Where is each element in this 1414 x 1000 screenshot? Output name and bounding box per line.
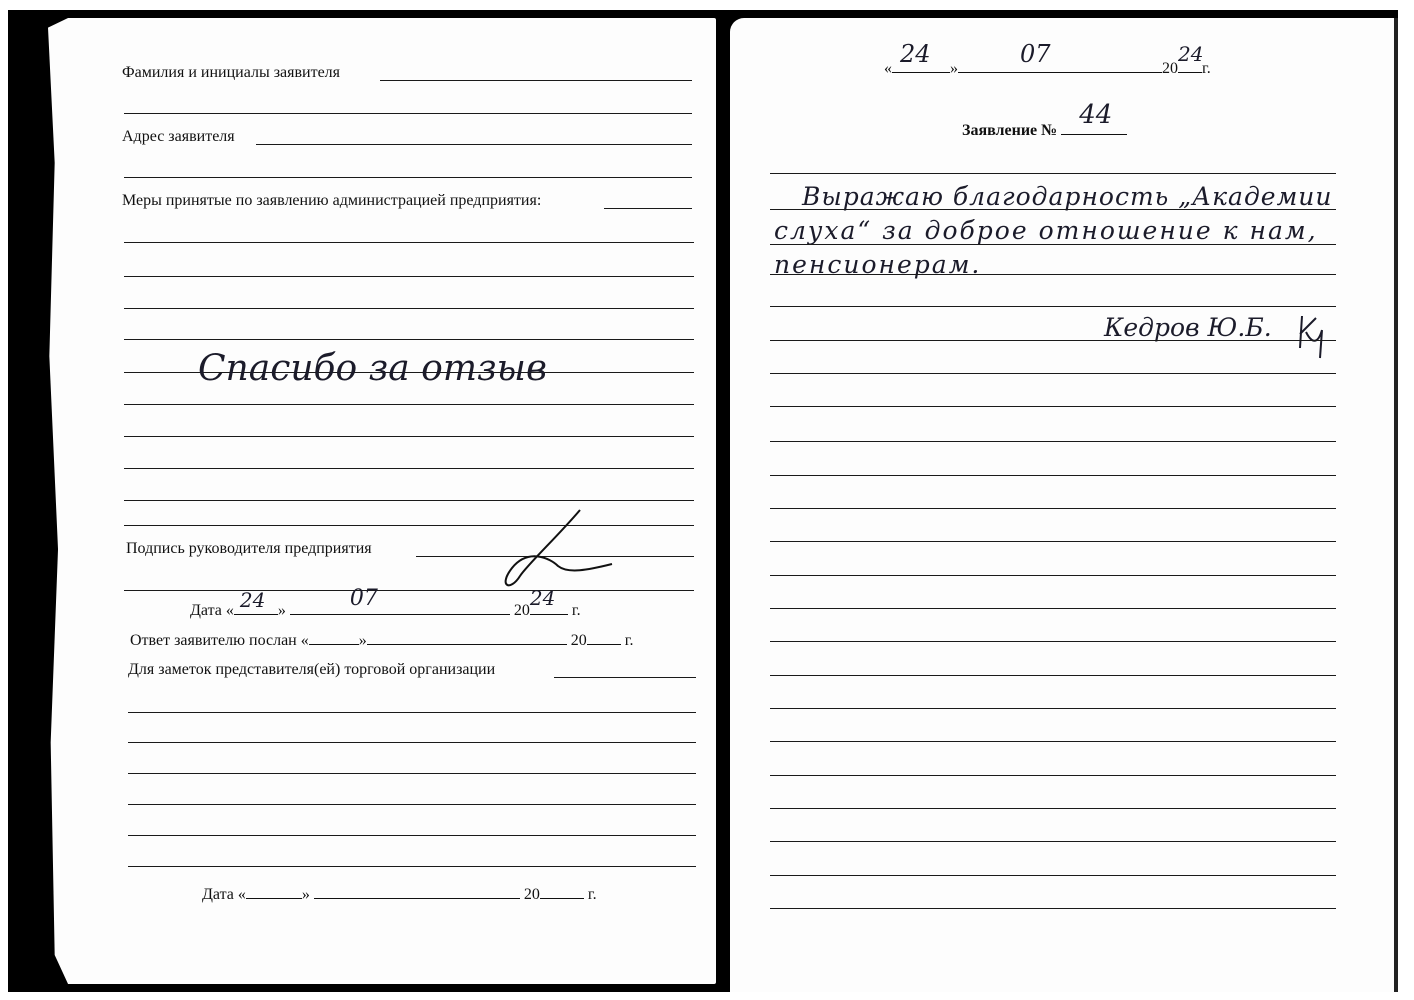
- statement-year-prefix: 20: [1162, 60, 1178, 77]
- ruled-line: [124, 276, 694, 277]
- reply-month-field[interactable]: [367, 630, 567, 645]
- notes-label: Для заметок представителя(ей) торговой о…: [128, 661, 495, 679]
- reply-sent-label: Ответ заявителю послан «: [130, 632, 309, 649]
- footer-date-row: Дата «» 20 г.: [202, 884, 597, 904]
- author-signature: [1296, 310, 1336, 360]
- applicant-address-field-line2[interactable]: [124, 177, 692, 178]
- notes-field[interactable]: [554, 677, 696, 678]
- measures-label: Меры принятые по заявлению администрацие…: [122, 192, 541, 210]
- statement-date-open-quote: «: [884, 60, 892, 77]
- date-year-suffix: г.: [572, 602, 581, 619]
- applicant-name-label: Фамилия и инициалы заявителя: [122, 64, 340, 82]
- ruled-line: [770, 608, 1336, 609]
- statement-date-row: «24»072024г.: [884, 58, 1211, 78]
- ruled-line: [124, 308, 694, 309]
- ruled-line: [124, 468, 694, 469]
- date-day-value: 24: [240, 588, 265, 612]
- reply-close-quote: »: [359, 632, 367, 649]
- ruled-line: [770, 908, 1336, 909]
- date-day-field[interactable]: 24: [234, 600, 278, 615]
- footer-year-suffix: г.: [588, 886, 597, 903]
- applicant-name-field[interactable]: [380, 80, 692, 81]
- footer-date-label: Дата «: [202, 886, 246, 903]
- scan-margin-right: [1398, 10, 1414, 1000]
- footer-year-prefix: 20: [524, 886, 540, 903]
- ruled-line: [128, 835, 696, 836]
- ruled-line: [770, 373, 1336, 374]
- ruled-line: [124, 242, 694, 243]
- reply-day-field[interactable]: [309, 630, 359, 645]
- signature-label: Подпись руководителя предприятия: [126, 540, 372, 558]
- ruled-line: [770, 841, 1336, 842]
- statement-label: Заявление №: [962, 122, 1057, 139]
- ruled-line: [770, 708, 1336, 709]
- statement-body-line-1: Выражаю благодарность „Академии: [802, 182, 1333, 211]
- ruled-line: [128, 773, 696, 774]
- measures-field[interactable]: [604, 208, 692, 209]
- right-page: «24»072024г. Заявление № 44 Выражаю благ…: [730, 18, 1398, 992]
- reply-year-suffix: г.: [625, 632, 634, 649]
- ruled-line: [124, 590, 694, 591]
- date-year-prefix: 20: [514, 602, 530, 619]
- date-label: Дата «: [190, 602, 234, 619]
- ruled-line: [770, 173, 1336, 174]
- statement-month-field[interactable]: 07: [958, 58, 1162, 73]
- ruled-line: [770, 406, 1336, 407]
- statement-number-value: 44: [1079, 100, 1112, 130]
- reply-sent-row: Ответ заявителю послан «» 20 г.: [130, 630, 634, 650]
- footer-month-field[interactable]: [314, 884, 520, 899]
- ruled-line: [770, 244, 1336, 245]
- statement-month-value: 07: [1020, 40, 1051, 68]
- footer-close-quote: »: [302, 886, 310, 903]
- applicant-address-field[interactable]: [256, 144, 692, 145]
- ruled-line: [770, 209, 1336, 210]
- manager-signature: [488, 506, 618, 596]
- ruled-line: [770, 541, 1336, 542]
- ruled-line: [770, 508, 1336, 509]
- statement-number-row: Заявление № 44: [962, 120, 1127, 140]
- date-year-field[interactable]: 24: [530, 600, 568, 615]
- ruled-line: [770, 575, 1336, 576]
- ruled-line: [770, 475, 1336, 476]
- date-month-field[interactable]: 07: [290, 600, 510, 615]
- ruled-line: [128, 712, 696, 713]
- applicant-address-label: Адрес заявителя: [122, 128, 235, 146]
- ruled-line: [770, 340, 1336, 341]
- ruled-line: [124, 436, 694, 437]
- footer-day-field[interactable]: [246, 884, 302, 899]
- ruled-line: [770, 441, 1336, 442]
- ruled-line: [770, 875, 1336, 876]
- statement-day-field[interactable]: 24: [892, 58, 950, 73]
- date-year-value: 24: [530, 586, 555, 610]
- reply-year-prefix: 20: [571, 632, 587, 649]
- date-row: Дата «24» 07 2024 г.: [190, 600, 581, 620]
- statement-date-close-quote: »: [950, 60, 958, 77]
- statement-number-field[interactable]: 44: [1061, 120, 1127, 135]
- footer-year-field[interactable]: [540, 884, 584, 899]
- statement-day-value: 24: [900, 40, 931, 68]
- ruled-line: [770, 675, 1336, 676]
- ruled-line: [128, 866, 696, 867]
- ruled-line: [128, 804, 696, 805]
- ruled-line: [124, 404, 694, 405]
- statement-author: Кедров Ю.Б.: [1104, 313, 1272, 342]
- ruled-line: [770, 741, 1336, 742]
- response-handwriting: Спасибо за отзыв: [198, 348, 547, 389]
- ruled-line: [770, 641, 1336, 642]
- date-month-value: 07: [350, 586, 378, 611]
- ruled-line: [128, 742, 696, 743]
- reply-year-field[interactable]: [587, 630, 621, 645]
- date-close-quote: »: [278, 602, 286, 619]
- statement-year-field[interactable]: 24: [1178, 58, 1202, 73]
- statement-body-line-2: слуха“ за доброе отношение к нам,: [774, 216, 1318, 245]
- ruled-line: [770, 808, 1336, 809]
- ruled-line: [770, 306, 1336, 307]
- applicant-name-field-line2[interactable]: [124, 113, 692, 114]
- ruled-line: [124, 500, 694, 501]
- scan-margin-bottom: [0, 992, 1414, 1000]
- ruled-line: [770, 274, 1336, 275]
- ruled-line: [770, 775, 1336, 776]
- left-page: Фамилия и инициалы заявителя Адрес заяви…: [48, 18, 716, 984]
- statement-year-value: 24: [1178, 42, 1203, 66]
- ruled-line: [124, 339, 694, 340]
